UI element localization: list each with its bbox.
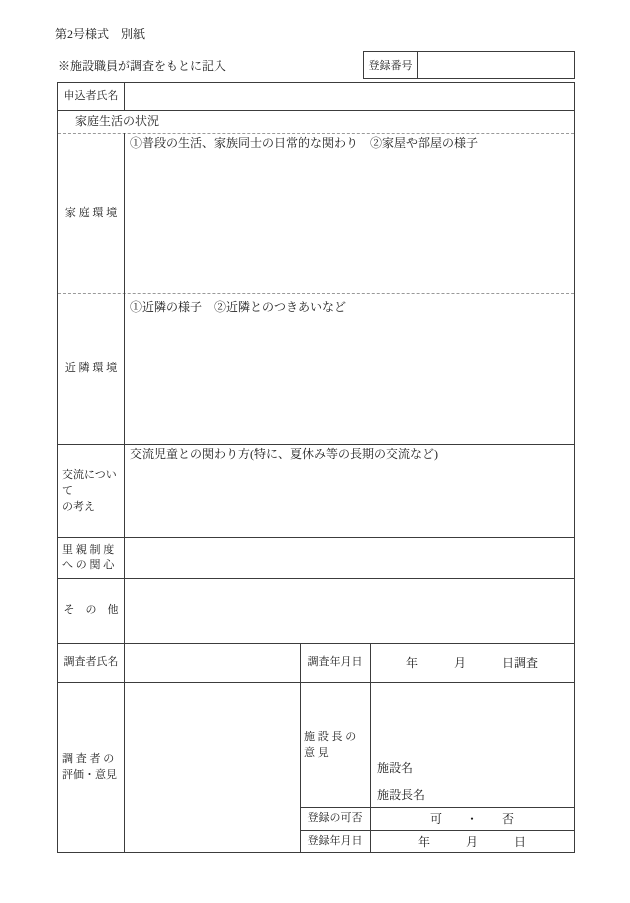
row-divider-dashed [58,133,574,134]
form-note: ※施設職員が調査をもとに記入 [58,59,226,74]
home-env-prompt: ①普段の生活、家族同士の日常的な関わり ②家屋や部屋の様子 [130,136,478,151]
approval-label: 登録の可否 [300,807,370,830]
survey-date-value: 年 月 日調査 [370,643,574,682]
applicant-name-label: 申込者氏名 [58,83,124,110]
survey-table: 申込者氏名 家庭生活の状況 家 庭 環 境 ①普段の生活、家族同士の日常的な関わ… [57,82,575,853]
registration-date-value: 年 月 日 [370,830,574,852]
evaluation-label: 調 査 者 の 評価・意見 [58,682,124,852]
row-divider [58,110,574,111]
registration-date-label: 登録年月日 [300,830,370,852]
director-name-field[interactable] [436,781,574,803]
row-divider [58,444,574,445]
other-field[interactable] [125,579,574,643]
registration-number-label: 登録番号 [364,52,418,78]
investigator-name-label: 調査者氏名 [58,643,124,682]
neighborhood-env-field[interactable] [125,319,574,444]
registration-number-box: 登録番号 [363,51,575,79]
other-label: そ の 他 [58,578,124,643]
director-name-label: 施設長名 [377,788,425,803]
director-opinion-label: 施 設 長 の 意 見 [300,682,370,807]
home-env-field[interactable] [125,155,574,293]
exchange-thoughts-label: 交流について の考え [58,444,124,537]
evaluation-field[interactable] [124,682,300,852]
form-number: 第2号様式 別紙 [55,27,145,42]
facility-name-label: 施設名 [377,761,413,776]
applicant-name-field[interactable] [124,83,574,110]
director-opinion-field[interactable] [371,682,574,752]
foster-interest-field[interactable] [125,538,574,578]
exchange-thoughts-field[interactable] [125,466,574,537]
survey-date-label: 調査年月日 [300,643,370,682]
neighborhood-env-prompt: ①近隣の様子 ②近隣とのつきあいなど [130,300,346,315]
exchange-thoughts-prompt: 交流児童との関わり方(特に、夏休み等の長期の交流など) [130,447,438,462]
facility-name-field[interactable] [423,754,574,776]
foster-interest-label: 里 親 制 度 へ の 関 心 [58,537,124,578]
form-page: 第2号様式 別紙 ※施設職員が調査をもとに記入 登録番号 申込者氏名 家庭生活の… [0,0,630,903]
neighborhood-env-label: 近 隣 環 境 [58,293,124,444]
registration-number-field[interactable] [418,52,574,78]
home-env-label: 家 庭 環 境 [58,133,124,293]
approval-value: 可 ・ 否 [370,807,574,830]
investigator-name-field[interactable] [124,643,300,682]
family-section-title: 家庭生活の状況 [75,114,159,129]
row-divider-dashed [58,293,574,294]
